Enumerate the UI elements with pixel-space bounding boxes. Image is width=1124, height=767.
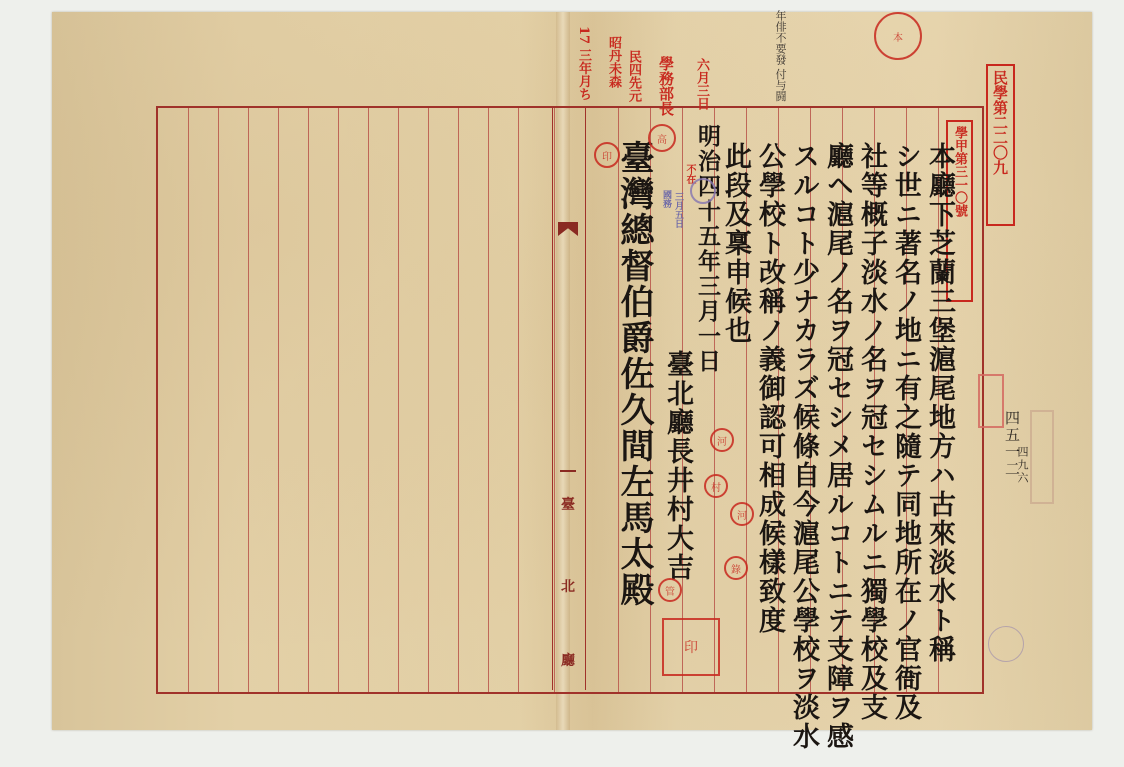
- official-square-seal: 印: [662, 618, 720, 676]
- margin-stamp: [978, 374, 1004, 428]
- seal-gao: 高: [648, 124, 676, 152]
- column-rule: [518, 108, 519, 692]
- annotation-red-date: 六月三日: [692, 58, 711, 110]
- column-rule: [428, 108, 429, 692]
- margin-stamp-faint: [1030, 410, 1054, 504]
- body-column-1: 本廳下芝蘭三堡滬尾地方ハ古來淡水ト稱: [922, 142, 956, 682]
- seal-chain-1: 河: [710, 428, 734, 452]
- column-rule: [458, 108, 459, 692]
- column-rule: [398, 108, 399, 692]
- margin-number-2: 四九六: [1014, 446, 1030, 485]
- annotation-dark-note: 年俳不要發 付与闘: [772, 10, 788, 102]
- annotation-blue-note: 三月五日: [672, 192, 685, 228]
- seal-chain-3: 河: [730, 502, 754, 526]
- band-char-tai: 臺: [558, 494, 578, 514]
- body-column-3: 社等概子淡水ノ名ヲ冠セシムルニ獨學校及支: [854, 142, 888, 682]
- seal-top-right: 本: [874, 12, 922, 60]
- column-rule: [188, 108, 189, 692]
- seal-chain-4: 錄: [724, 556, 748, 580]
- center-band: [552, 106, 586, 690]
- body-column-4: 廳ヘ滬尾ノ名ヲ冠セシメ居ルコトニテ支障ヲ感: [820, 142, 854, 682]
- faint-seal: [988, 626, 1024, 662]
- body-column-6: 公學校ト改稱ノ義御認可相成候樣致度: [752, 142, 786, 682]
- annotation-red-signature: 學務部長: [656, 56, 677, 116]
- recipient-line: 臺灣總督伯爵佐久間左馬太殿: [614, 140, 654, 610]
- body-column-2: シ世ニ著名ノ地ニ有之隨テ同地所在ノ官衙及: [888, 142, 922, 682]
- column-rule: [338, 108, 339, 692]
- band-char-cho: 廳: [558, 650, 578, 670]
- column-rule: [488, 108, 489, 692]
- column-rule: [308, 108, 309, 692]
- annotation-red-2: 昭丹未森: [604, 36, 623, 88]
- seal-blue: [690, 178, 716, 204]
- seal-chain-2: 村: [704, 474, 728, 498]
- annotation-red-3: 民四先元: [624, 50, 643, 102]
- seal-chain-5: 管: [658, 578, 682, 602]
- annotation-red-1: 17 三年月ち: [574, 26, 593, 101]
- band-char-hoku: 北: [558, 576, 578, 596]
- seal-small-left: 印: [594, 142, 620, 168]
- column-rule: [218, 108, 219, 692]
- band-line: [560, 470, 576, 472]
- file-number-box: 民學第二二〇九: [986, 64, 1015, 226]
- body-column-5: スルコト少ナカラズ候條自今滬尾公學校ヲ淡水: [786, 142, 820, 682]
- column-rule: [248, 108, 249, 692]
- column-rule: [278, 108, 279, 692]
- column-rule: [368, 108, 369, 692]
